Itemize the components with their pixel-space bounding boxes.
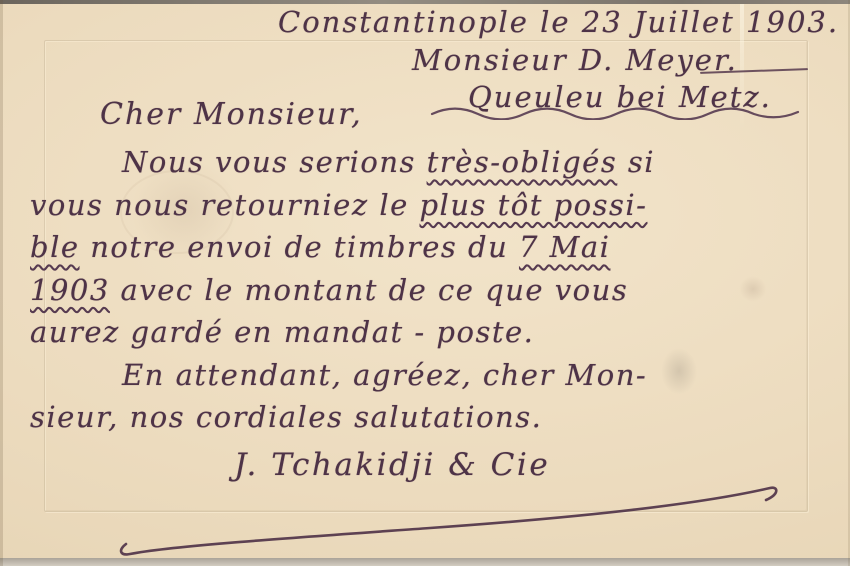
handwritten-line: Nous vous serions très-obligés si bbox=[30, 141, 830, 184]
text-segment: En attendant, agréez, cher Mon- bbox=[122, 358, 647, 392]
recipient-address: Queuleu bei Metz. bbox=[468, 80, 772, 114]
scan-edge-bottom bbox=[0, 558, 850, 566]
salutation-text: Cher Monsieur, bbox=[100, 97, 363, 132]
underlined-text: ble bbox=[30, 230, 80, 264]
text-segment: Nous vous serions bbox=[122, 145, 427, 179]
handwritten-line: sieur, nos cordiales salutations. bbox=[30, 396, 830, 439]
text-segment: vous nous retourniez le bbox=[30, 188, 419, 222]
handwritten-line: En attendant, agréez, cher Mon- bbox=[30, 354, 830, 397]
body-lines: Nous vous serions très-obligés sivous no… bbox=[30, 141, 830, 439]
text-segment: sieur, nos cordiales salutations. bbox=[30, 400, 542, 434]
dateline-text: Constantinople le 23 Juillet 1903. bbox=[278, 5, 839, 39]
underlined-text: plus tôt possi- bbox=[419, 188, 647, 222]
handwritten-line: vous nous retourniez le plus tôt possi- bbox=[30, 184, 830, 227]
underlined-text: 7 Mai bbox=[519, 230, 610, 264]
postcard-scan: Constantinople le 23 Juillet 1903. Monsi… bbox=[0, 0, 850, 566]
underlined-text: 1903 bbox=[30, 273, 110, 307]
underlined-text: très-obligés bbox=[427, 145, 618, 179]
text-segment: avec le montant de ce que vous bbox=[110, 273, 628, 307]
scan-edge-top bbox=[0, 0, 850, 4]
handwritten-line: aurez gardé en mandat - poste. bbox=[30, 311, 830, 354]
signature-text: J. Tchakidji & Cie bbox=[234, 447, 550, 483]
text-segment: si bbox=[617, 145, 655, 179]
text-segment: notre envoi de timbres du bbox=[80, 230, 519, 264]
handwritten-line: ble notre envoi de timbres du 7 Mai bbox=[30, 226, 830, 269]
handwritten-line: 1903 avec le montant de ce que vous bbox=[30, 269, 830, 312]
scan-edge-left bbox=[0, 0, 3, 566]
recipient-name: Monsieur D. Meyer. bbox=[412, 43, 738, 77]
text-segment: aurez gardé en mandat - poste. bbox=[30, 315, 534, 349]
